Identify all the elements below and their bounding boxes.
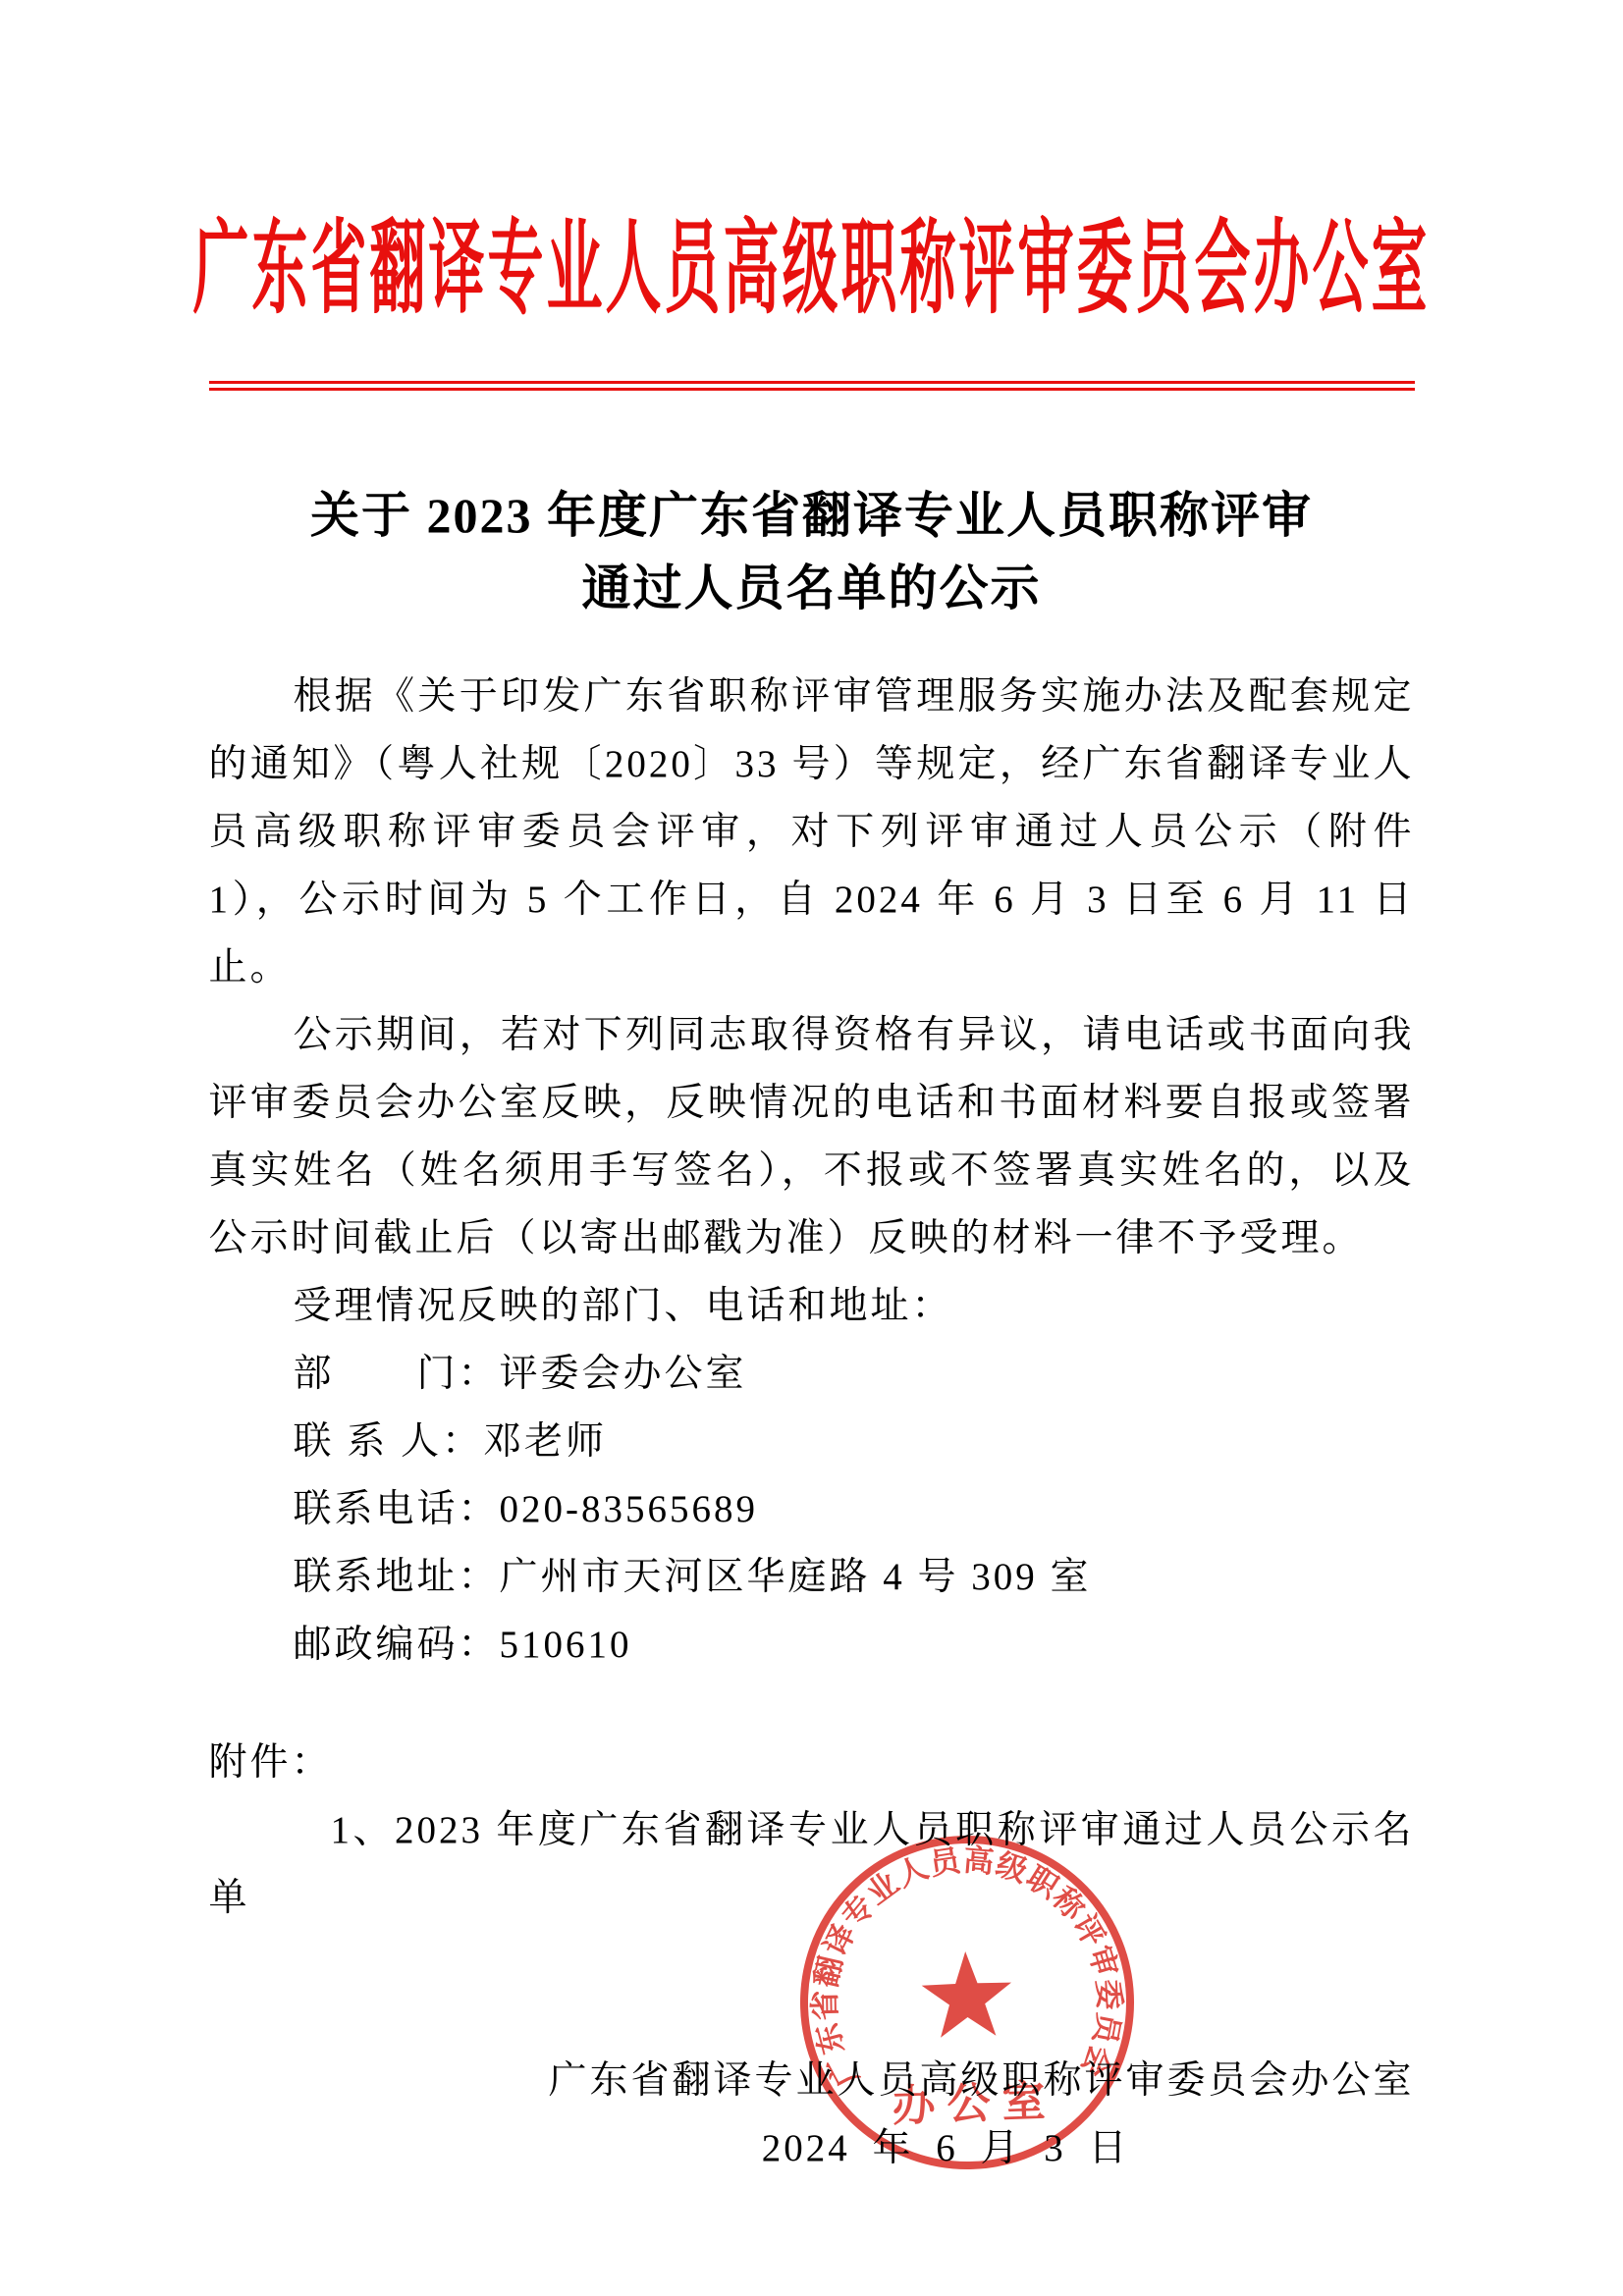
letterhead: 广东省翻译专业人员高级职称评审委员会办公室 [0, 216, 1623, 324]
contact-value: 邓老师 [483, 1420, 607, 1463]
attachment-label: 附件： [209, 1729, 1415, 1796]
signature-date: 2024 年 6 月 3 日 [209, 2114, 1415, 2182]
contact-row-person: 联 系 人：邓老师 [209, 1408, 1415, 1475]
contact-value: 评委会办公室 [500, 1353, 747, 1395]
body-paragraph-2: 公示期间，若对下列同志取得资格有异议，请电话或书面向我评审委员会办公室反映，反映… [209, 1001, 1415, 1272]
signature-office-name: 广东省翻译专业人员高级职称评审委员会办公室 [209, 2047, 1415, 2114]
contact-label: 联 系 人： [294, 1420, 484, 1463]
document-body: 根据《关于印发广东省职称评审管理服务实施办法及配套规定的通知》（粤人社规〔202… [209, 663, 1415, 1932]
document-title: 关于 2023 年度广东省翻译专业人员职称评审 通过人员名单的公示 [0, 479, 1623, 624]
body-paragraph-1: 根据《关于印发广东省职称评审管理服务实施办法及配套规定的通知》（粤人社规〔202… [209, 663, 1415, 1001]
contact-value: 广州市天河区华庭路 4 号 309 室 [500, 1556, 1092, 1598]
contact-row-phone: 联系电话：020-83565689 [209, 1475, 1415, 1543]
document-page: 广东省翻译专业人员高级职称评审委员会办公室 关于 2023 年度广东省翻译专业人… [0, 0, 1623, 2296]
contact-label: 部 门： [294, 1353, 500, 1395]
contact-value: 020-83565689 [500, 1488, 759, 1530]
contact-label: 邮政编码： [294, 1624, 500, 1666]
signature-block: 广东省翻译专业人员高级职称评审委员会办公室 2024 年 6 月 3 日 [209, 2047, 1415, 2182]
document-title-line2: 通过人员名单的公示 [0, 552, 1623, 624]
contact-row-department: 部 门：评委会办公室 [209, 1340, 1415, 1408]
red-separator-rule [209, 381, 1415, 391]
letterhead-office-name: 广东省翻译专业人员高级职称评审委员会办公室 [193, 219, 1431, 321]
document-title-line1: 关于 2023 年度广东省翻译专业人员职称评审 [0, 479, 1623, 552]
contact-value: 510610 [500, 1624, 632, 1666]
body-paragraph-3: 受理情况反映的部门、电话和地址： [209, 1272, 1415, 1340]
contact-label: 联系地址： [294, 1556, 500, 1598]
contact-row-postcode: 邮政编码：510610 [209, 1611, 1415, 1679]
seal-star-icon [921, 1949, 1013, 2038]
contact-row-address: 联系地址：广州市天河区华庭路 4 号 309 室 [209, 1543, 1415, 1611]
contact-label: 联系电话： [294, 1488, 500, 1530]
